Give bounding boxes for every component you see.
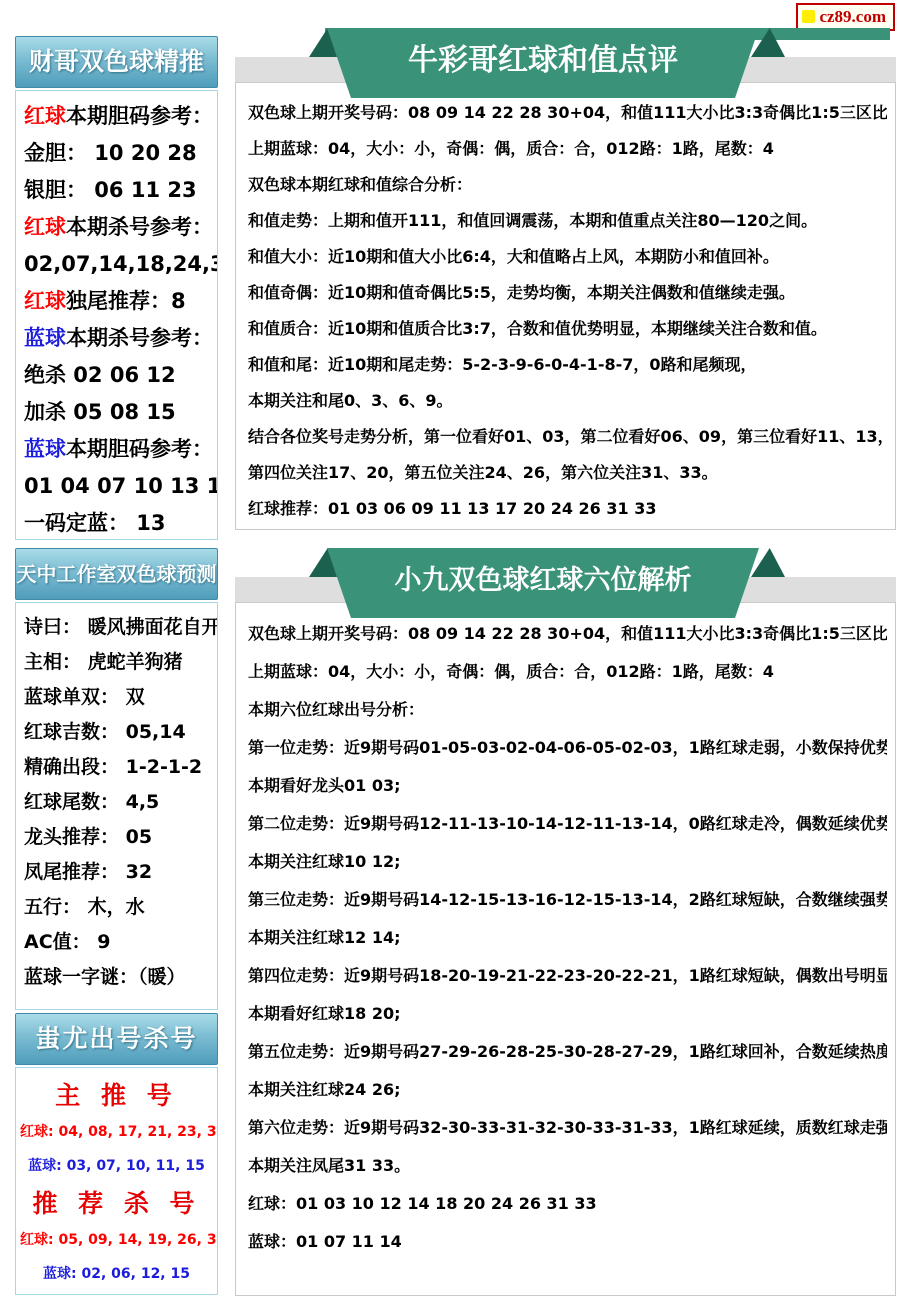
panel-six-position: 小九双色球红球六位解析 双色球上期开奖号码：08 09 14 22 28 30+… (235, 545, 896, 1296)
analysis-line: 结合各位奖号走势分析，第一位看好01、03，第二位看好06、09，第三位看好11… (248, 419, 887, 455)
analysis-line: 和值和尾：近10期和尾走势：5-2-3-9-6-0-4-1-8-7，0路和尾频现… (248, 347, 887, 383)
number-row: 蓝球: 03, 07, 10, 11, 15 (20, 1149, 213, 1183)
sidebar-line-segment: 红球 (24, 289, 66, 313)
sidebar-line: 蓝球单双： 双 (24, 680, 213, 715)
analysis-line: 和值质合：近10期和值质合比3:7，合数和值优势明显，本期继续关注合数和值。 (248, 311, 887, 347)
sidebar-box-tianzhong-title: 天中工作室双色球预测 (15, 548, 218, 600)
sidebar-line-segment: 本期杀号参考： (66, 215, 213, 239)
sidebar-line: 蓝球本期胆码参考： (24, 431, 213, 468)
sidebar-line-segment: 蓝球一字谜：（暖） (24, 966, 186, 988)
analysis-line: 和值奇偶：近10期和值奇偶比5:5，走势均衡，本期关注偶数和值继续走强。 (248, 275, 887, 311)
panel2-content: 双色球上期开奖号码：08 09 14 22 28 30+04，和值111大小比3… (235, 602, 896, 1296)
sidebar-line-segment: 一码定蓝： 13 (24, 511, 166, 535)
section-heading: 主 推 号 (20, 1079, 213, 1113)
panel2-banner-title: 小九双色球红球六位解析 (327, 548, 759, 618)
sidebar-line: AC值： 9 (24, 925, 213, 960)
logo-square-icon (802, 10, 815, 23)
analysis-line: 本期看好红球18 20; (248, 995, 887, 1033)
sidebar-line-segment: 加杀 05 08 15 (24, 400, 176, 424)
sidebar-line-segment: 精确出段： 1-2-1-2 (24, 756, 202, 778)
sidebar-line: 主相： 虎蛇羊狗猪 (24, 645, 213, 680)
sidebar-line-segment: 绝杀 02 06 12 (24, 363, 176, 387)
number-row: 蓝球: 02, 06, 12, 15 (20, 1257, 213, 1291)
analysis-line: 第一位走势：近9期号码01-05-03-02-04-06-05-02-03，1路… (248, 729, 887, 767)
analysis-line: 上期蓝球：04，大小：小，奇偶：偶，质合：合，012路：1路，尾数：4 (248, 131, 887, 167)
panel-hezhi-review: 牛彩哥红球和值点评 双色球上期开奖号码：08 09 14 22 28 30+04… (235, 25, 896, 530)
analysis-line: 第五位走势：近9期号码27-29-26-28-25-30-28-27-29，1路… (248, 1033, 887, 1071)
analysis-line: 红球：01 03 10 12 14 18 20 24 26 31 33 (248, 1185, 887, 1223)
sidebar-line: 绝杀 02 06 12 (24, 357, 213, 394)
sidebar-line: 红球尾数： 4,5 (24, 785, 213, 820)
sidebar-line-segment: 本期杀号参考： (66, 326, 213, 350)
sidebar-box-caige: 财哥双色球精推 红球本期胆码参考：金胆： 10 20 28银胆： 06 11 2… (15, 36, 218, 540)
sidebar-line-segment: 诗曰： 暖风拂面花自开 (24, 616, 218, 638)
sidebar-line-segment: 本期胆码参考： (66, 437, 213, 461)
sidebar-line-segment: 独尾推荐：8 (66, 289, 186, 313)
analysis-line: 和值走势：上期和值开111，和值回调震荡，本期和值重点关注80—120之间。 (248, 203, 887, 239)
sidebar-line: 蓝球一字谜：（暖） (24, 960, 213, 995)
analysis-line: 蓝球：01 07 11 14 (248, 1223, 887, 1261)
sidebar-line: 02,07,14,18,24,30 (24, 246, 213, 283)
sidebar-line-segment: 红球吉数： 05,14 (24, 721, 186, 743)
sidebar-box-tianzhong: 天中工作室双色球预测 诗曰： 暖风拂面花自开主相： 虎蛇羊狗猪蓝球单双： 双红球… (15, 548, 218, 1010)
sidebar-line: 诗曰： 暖风拂面花自开 (24, 610, 213, 645)
analysis-line: 第三位走势：近9期号码14-12-15-13-16-12-15-13-14，2路… (248, 881, 887, 919)
section-heading: 推 荐 杀 号 (20, 1187, 213, 1221)
sidebar-line-segment: 五行： 木，水 (24, 896, 145, 918)
sidebar-line: 凤尾推荐： 32 (24, 855, 213, 890)
analysis-line: 上期蓝球：04，大小：小，奇偶：偶，质合：合，012路：1路，尾数：4 (248, 653, 887, 691)
analysis-line: 红球推荐：01 03 06 09 11 13 17 20 24 26 31 33 (248, 491, 887, 527)
sidebar-line: 红球吉数： 05,14 (24, 715, 213, 750)
box2-body: 诗曰： 暖风拂面花自开主相： 虎蛇羊狗猪蓝球单双： 双红球吉数： 05,14精确… (15, 602, 218, 1010)
sidebar-line-segment: 凤尾推荐： 32 (24, 861, 152, 883)
analysis-line: 本期关注红球12 14; (248, 919, 887, 957)
analysis-line: 双色球本期红球和值综合分析： (248, 167, 887, 203)
analysis-line: 双色球上期开奖号码：08 09 14 22 28 30+04，和值111大小比3… (248, 95, 887, 131)
sidebar-line: 五行： 木，水 (24, 890, 213, 925)
sidebar-box-caige-title: 财哥双色球精推 (15, 36, 218, 88)
sidebar-line-segment: 蓝球 (24, 437, 66, 461)
sidebar-line-segment: 银胆： 06 11 23 (24, 178, 197, 202)
sidebar-line: 龙头推荐： 05 (24, 820, 213, 855)
analysis-line: 本期关注红球10 12; (248, 843, 887, 881)
sidebar-line-segment: 金胆： 10 20 28 (24, 141, 197, 165)
box3-body: 主 推 号红球: 04, 08, 17, 21, 23, 33蓝球: 03, 0… (15, 1067, 218, 1295)
sidebar-line-segment: 红球尾数： 4,5 (24, 791, 159, 813)
sidebar-line-segment: 蓝球单双： 双 (24, 686, 145, 708)
sidebar-line: 红球本期胆码参考： (24, 98, 213, 135)
box1-body: 红球本期胆码参考：金胆： 10 20 28银胆： 06 11 23红球本期杀号参… (15, 90, 218, 540)
sidebar-line-segment: 红球 (24, 215, 66, 239)
analysis-line: 本期六位红球出号分析： (248, 691, 887, 729)
sidebar-box-chiyou-title: 蚩尤出号杀号 (15, 1013, 218, 1065)
sidebar-line: 加杀 05 08 15 (24, 394, 213, 431)
sidebar-line: 精确出段： 1-2-1-2 (24, 750, 213, 785)
analysis-line: 第四位走势：近9期号码18-20-19-21-22-23-20-22-21，1路… (248, 957, 887, 995)
panel1-banner-title: 牛彩哥红球和值点评 (327, 28, 759, 98)
sidebar-line: 红球本期杀号参考： (24, 209, 213, 246)
analysis-line: 第六位走势：近9期号码32-30-33-31-32-30-33-31-33，1路… (248, 1109, 887, 1147)
analysis-line: 第四位关注17、20，第五位关注24、26，第六位关注31、33。 (248, 455, 887, 491)
sidebar-line-segment: 红球 (24, 104, 66, 128)
analysis-line: 本期关注红球24 26; (248, 1071, 887, 1109)
panel1-content: 双色球上期开奖号码：08 09 14 22 28 30+04，和值111大小比3… (235, 82, 896, 530)
sidebar-line-segment: AC值： 9 (24, 931, 110, 953)
analysis-line: 双色球上期开奖号码：08 09 14 22 28 30+04，和值111大小比3… (248, 615, 887, 653)
number-row: 红球: 04, 08, 17, 21, 23, 33 (20, 1115, 213, 1149)
analysis-line: 和值大小：近10期和值大小比6:4，大和值略占上风，本期防小和值回补。 (248, 239, 887, 275)
sidebar-line: 金胆： 10 20 28 (24, 135, 213, 172)
sidebar-line: 01 04 07 10 13 16 (24, 468, 213, 505)
sidebar-line: 银胆： 06 11 23 (24, 172, 213, 209)
sidebar-line-segment: 主相： 虎蛇羊狗猪 (24, 651, 183, 673)
analysis-line: 第二位走势：近9期号码12-11-13-10-14-12-11-13-14，0路… (248, 805, 887, 843)
sidebar-line-segment: 02,07,14,18,24,30 (24, 252, 218, 276)
analysis-line: 本期关注凤尾31 33。 (248, 1147, 887, 1185)
sidebar-line: 蓝球本期杀号参考： (24, 320, 213, 357)
sidebar-line-segment: 龙头推荐： 05 (24, 826, 152, 848)
sidebar-box-chiyou: 蚩尤出号杀号 主 推 号红球: 04, 08, 17, 21, 23, 33蓝球… (15, 1013, 218, 1295)
sidebar-line-segment: 01 04 07 10 13 16 (24, 474, 218, 498)
analysis-line: 本期看好龙头01 03; (248, 767, 887, 805)
analysis-line: 本期关注和尾0、3、6、9。 (248, 383, 887, 419)
sidebar-line: 一码定蓝： 13 (24, 505, 213, 540)
logo-text: cz89.com (819, 7, 886, 26)
number-row: 红球: 05, 09, 14, 19, 26, 32 (20, 1223, 213, 1257)
sidebar-line-segment: 本期胆码参考： (66, 104, 213, 128)
sidebar-line-segment: 蓝球 (24, 326, 66, 350)
sidebar-line: 红球独尾推荐：8 (24, 283, 213, 320)
